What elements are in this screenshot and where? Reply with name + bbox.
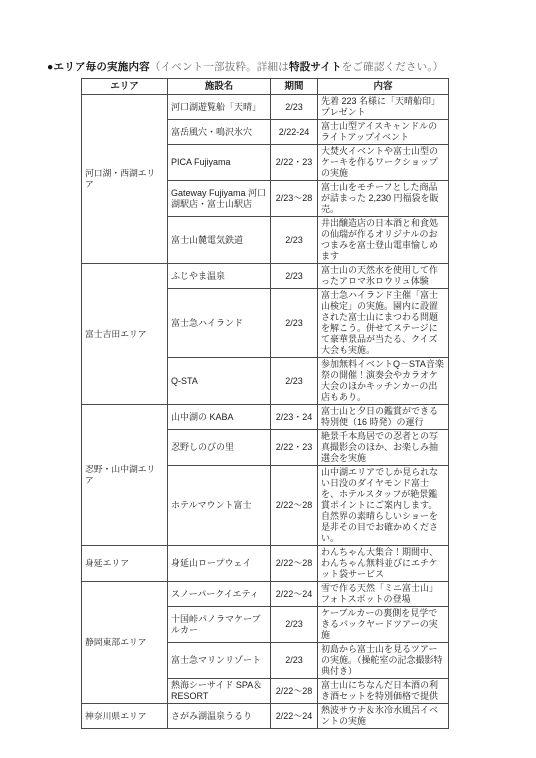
- facility-cell: ふじやま温泉: [168, 264, 271, 289]
- facility-cell: 身延山ロープウェイ: [168, 546, 271, 582]
- content-cell: 富士山の天然水を使用して作ったアロマ氷ロウリュ体験: [318, 264, 449, 289]
- col-header-facility: 施設名: [168, 79, 271, 95]
- area-cell: 富士吉田エリア: [82, 264, 168, 405]
- period-cell: 2/23: [271, 643, 318, 679]
- period-cell: 2/23～28: [271, 181, 318, 217]
- col-header-content: 内容: [318, 79, 449, 95]
- event-table-container: エリア 施設名 期間 内容 河口湖・西湖エリア河口湖遊覧船「天晴」2/23先着 …: [81, 78, 448, 729]
- area-cell: 忍野・山中湖エリア: [82, 405, 168, 546]
- event-table: エリア 施設名 期間 内容 河口湖・西湖エリア河口湖遊覧船「天晴」2/23先着 …: [81, 78, 449, 729]
- area-cell: 身延エリア: [82, 546, 168, 582]
- content-cell: 参加無料イベントQ－STA音楽祭の開催！演奏会やカラオケ大会のほかキッチンカーの…: [318, 358, 449, 405]
- content-cell: 山中湖エリアでしか見られない日没のダイヤモンド富士を、ホテルスタッフが絶景鑑賞ポ…: [318, 466, 449, 546]
- facility-cell: ホテルマウント富士: [168, 466, 271, 546]
- facility-cell: Q-STA: [168, 358, 271, 405]
- page-title-paren-close: をご確認ください。）: [342, 61, 444, 73]
- facility-cell: 富士急ハイランド: [168, 289, 271, 358]
- table-header-row: エリア 施設名 期間 内容: [82, 79, 449, 95]
- document-page: { "title": { "lead_bold": "●エリア毎の実施内容", …: [0, 0, 536, 758]
- area-cell: 河口湖・西湖エリア: [82, 95, 168, 264]
- table-row: 忍野・山中湖エリア山中湖の KABA2/23・24富士山と夕日の鑑賞ができる特別…: [82, 405, 449, 430]
- page-title-emphasis: 特設サイト: [289, 61, 342, 73]
- area-cell: 神奈川県エリア: [82, 704, 168, 729]
- facility-cell: 十国峠パノラマケーブルカー: [168, 607, 271, 643]
- content-cell: 富士山と夕日の鑑賞ができる特別便（16 時発）の運行: [318, 405, 449, 430]
- page-title-paren-open: （イベント一部抜粋。詳細は: [150, 61, 289, 73]
- period-cell: 2/23: [271, 264, 318, 289]
- facility-cell: 富士急マリンリゾート: [168, 643, 271, 679]
- content-cell: ケーブルカーの裏側を見学できるバックヤードツアーの実施: [318, 607, 449, 643]
- content-cell: 先着 223 名様に「天晴船印」プレゼント: [318, 95, 449, 120]
- facility-cell: スノーパークイエティ: [168, 582, 271, 607]
- period-cell: 2/22～28: [271, 679, 318, 704]
- table-row: 身延エリア身延山ロープウェイ2/22～28わんちゃん大集合！期間中、わんちゃん無…: [82, 546, 449, 582]
- content-cell: 富士山にちなんだ日本酒の利き酒セットを特別価格で提供: [318, 679, 449, 704]
- content-cell: 富士山をモチーフとした商品が詰まった 2,230 円福袋を販売。: [318, 181, 449, 217]
- period-cell: 2/22・23: [271, 430, 318, 466]
- facility-cell: PICA Fujiyama: [168, 145, 271, 181]
- period-cell: 2/23: [271, 607, 318, 643]
- content-cell: 井出醸造店の日本酒と和食処の仙瑞が作るオリジナルのおつまみを富士登山電車愉しめま…: [318, 217, 449, 264]
- table-row: 富士吉田エリアふじやま温泉2/23富士山の天然水を使用して作ったアロマ氷ロウリュ…: [82, 264, 449, 289]
- page-title: ●エリア毎の実施内容（イベント一部抜粋。詳細は特設サイトをご確認ください。）: [47, 60, 443, 74]
- content-cell: 熱波サウナ＆氷冷水風呂イベントの実施: [318, 704, 449, 729]
- content-cell: 大焚火イベントや富士山型のケーキを作るワークショップの実施: [318, 145, 449, 181]
- table-row: 神奈川県エリアさがみ湖温泉うるり2/22～24熱波サウナ＆氷冷水風呂イベントの実…: [82, 704, 449, 729]
- facility-cell: 富岳風穴・鳴沢氷穴: [168, 120, 271, 145]
- content-cell: 初島から富士山を見るツアーの実施。（操舵室の記念撮影特典付き）: [318, 643, 449, 679]
- area-cell: 静岡東部エリア: [82, 582, 168, 704]
- period-cell: 2/22・23: [271, 145, 318, 181]
- page-title-lead: ●エリア毎の実施内容: [47, 61, 150, 73]
- period-cell: 2/23: [271, 358, 318, 405]
- content-cell: 絶景千本鳥居での忍者との写真撮影会のほか、お楽しみ抽選会を実施: [318, 430, 449, 466]
- event-table-body: 河口湖・西湖エリア河口湖遊覧船「天晴」2/23先着 223 名様に「天晴船印」プ…: [82, 95, 449, 729]
- content-cell: 雪で作る天然「ミニ富士山」フォトスポットの登場: [318, 582, 449, 607]
- col-header-area: エリア: [82, 79, 168, 95]
- period-cell: 2/22～24: [271, 582, 318, 607]
- facility-cell: Gateway Fujiyama 河口湖駅店・富士山駅店: [168, 181, 271, 217]
- content-cell: わんちゃん大集合！期間中、わんちゃん無料並びにエチケット袋サービス: [318, 546, 449, 582]
- period-cell: 2/23・24: [271, 405, 318, 430]
- col-header-period: 期間: [271, 79, 318, 95]
- period-cell: 2/23: [271, 95, 318, 120]
- table-row: 静岡東部エリアスノーパークイエティ2/22～24雪で作る天然「ミニ富士山」フォト…: [82, 582, 449, 607]
- facility-cell: 河口湖遊覧船「天晴」: [168, 95, 271, 120]
- facility-cell: 忍野しのびの里: [168, 430, 271, 466]
- event-table-head: エリア 施設名 期間 内容: [82, 79, 449, 95]
- facility-cell: さがみ湖温泉うるり: [168, 704, 271, 729]
- period-cell: 2/22～28: [271, 466, 318, 546]
- period-cell: 2/23: [271, 289, 318, 358]
- content-cell: 富士急ハイランド主催「富士山検定」の実施。園内に設置された富士山にまつわる問題を…: [318, 289, 449, 358]
- content-cell: 富士山型アイスキャンドルのライトアップイベント: [318, 120, 449, 145]
- table-row: 河口湖・西湖エリア河口湖遊覧船「天晴」2/23先着 223 名様に「天晴船印」プ…: [82, 95, 449, 120]
- period-cell: 2/22～28: [271, 546, 318, 582]
- period-cell: 2/22-24: [271, 120, 318, 145]
- facility-cell: 山中湖の KABA: [168, 405, 271, 430]
- period-cell: 2/22～24: [271, 704, 318, 729]
- facility-cell: 富士山麓電気鉄道: [168, 217, 271, 264]
- period-cell: 2/23: [271, 217, 318, 264]
- facility-cell: 熱海シーサイド SPA＆RESORT: [168, 679, 271, 704]
